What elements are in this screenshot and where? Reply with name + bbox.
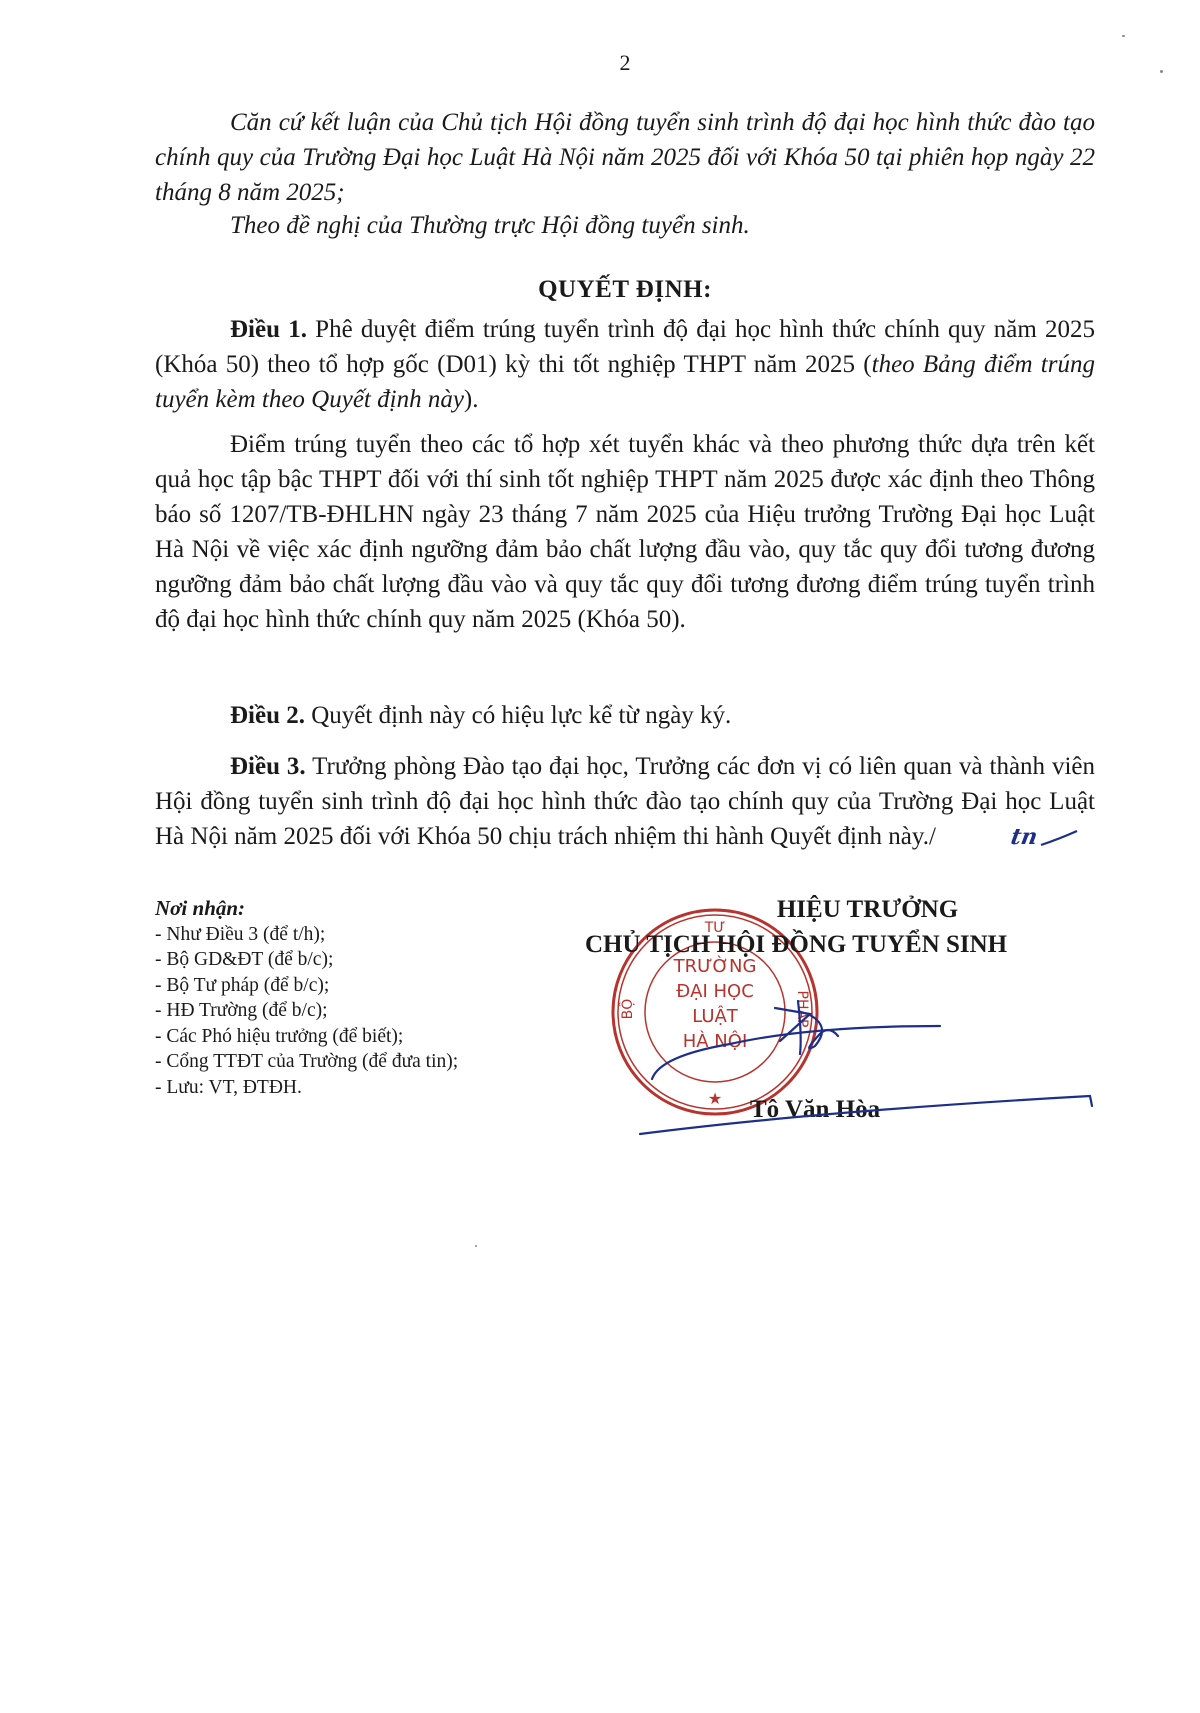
- seal-line-2: ĐẠI HỌC: [676, 981, 754, 1002]
- seal-line-3: LUẬT: [692, 1005, 739, 1027]
- page-number: 2: [0, 50, 1200, 76]
- signature-title-line2: CHỦ TỊCH HỘI ĐỒNG TUYỂN SINH: [585, 931, 1007, 959]
- scan-speck: [1160, 70, 1163, 73]
- signature-title-line1: HIỆU TRƯỞNG: [570, 896, 1110, 924]
- signer-name: Tô Văn Hòa: [750, 1096, 880, 1124]
- recipient-item: - Lưu: VT, ĐTĐH.: [155, 1075, 575, 1101]
- article-1-second-paragraph: Điểm trúng tuyển theo các tổ hợp xét tuy…: [155, 427, 1095, 637]
- seal-ring-left: BỘ: [618, 999, 636, 1020]
- signature-block: TRƯỜNG ĐẠI HỌC LUẬT HÀ NỘI TƯ BỘ PHÁP ★ …: [570, 896, 1110, 1146]
- recipients-block: Nơi nhận: - Như Điều 3 (để t/h); - Bộ GD…: [155, 896, 575, 1100]
- article-1: Điều 1. Phê duyệt điểm trúng tuyển trình…: [155, 312, 1095, 417]
- article-3-label: Điều 3.: [230, 753, 306, 780]
- seal-star-icon: ★: [708, 1089, 722, 1108]
- article-2-text: Quyết định này có hiệu lực kể từ ngày ký…: [305, 702, 731, 729]
- decision-heading: QUYẾT ĐỊNH:: [0, 276, 1200, 304]
- recipient-item: - Bộ GD&ĐT (để b/c);: [155, 947, 575, 973]
- recipient-item: - Các Phó hiệu trưởng (để biết);: [155, 1024, 575, 1050]
- article-2-label: Điều 2.: [230, 702, 305, 729]
- recipient-item: - Cổng TTĐT của Trường (để đưa tin);: [155, 1049, 575, 1075]
- handwritten-initial: tn: [933, 820, 1040, 855]
- recipient-item: - Bộ Tư pháp (để b/c);: [155, 973, 575, 999]
- article-2: Điều 2. Quyết định này có hiệu lực kể từ…: [155, 698, 1095, 733]
- article-1-label: Điều 1.: [230, 316, 307, 343]
- recipient-item: - HĐ Trường (để b/c);: [155, 998, 575, 1024]
- scan-speck: [1122, 35, 1125, 37]
- initial-flourish-icon: [1039, 827, 1079, 849]
- recipient-item: - Như Điều 3 (để t/h);: [155, 922, 575, 948]
- seal-line-4: HÀ NỘI: [683, 1030, 748, 1052]
- preamble-basis: Căn cứ kết luận của Chủ tịch Hội đồng tu…: [155, 105, 1095, 210]
- article-3: Điều 3. Trưởng phòng Đào tạo đại học, Tr…: [155, 749, 1095, 855]
- article-1-text-end: ).: [464, 386, 479, 413]
- preamble-proposal: Theo đề nghị của Thường trực Hội đồng tu…: [155, 208, 1095, 243]
- recipients-title: Nơi nhận:: [155, 896, 575, 922]
- seal-ring-right: PHÁP: [794, 991, 811, 1028]
- scan-speck: [475, 1245, 477, 1247]
